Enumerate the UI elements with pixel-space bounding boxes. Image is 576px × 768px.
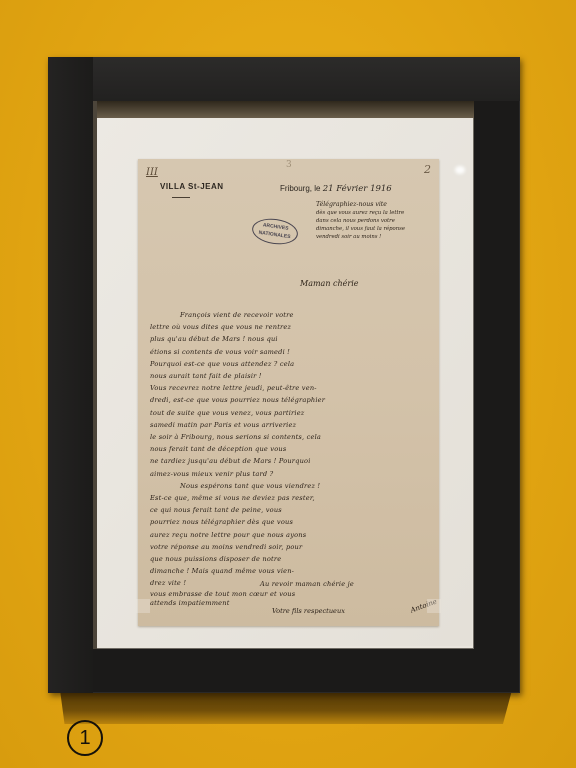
body-line: vous embrasse de tout mon cœur et vous (150, 590, 434, 599)
page-number: 2 (424, 163, 431, 176)
picture-frame: III 3 2 VILLA St-JEAN Fribourg, le 21 Fé… (48, 57, 520, 693)
frame-left-rail (48, 57, 93, 693)
hinge-tape (136, 599, 150, 613)
body-line: ne tardiez jusqu'au début de Mars ! Pour… (150, 455, 434, 467)
margin-note-line: dimanche, il vous faut la réponse (316, 225, 436, 233)
margin-note-line: dès que vous aurez reçu la lettre (316, 209, 436, 217)
letter-body: François vient de recevoir votre lettre … (150, 309, 434, 608)
body-line: lettre où vous dites que vous ne rentrez (150, 321, 434, 333)
dateline-printed: Fribourg, le (280, 184, 320, 193)
body-line: pourriez nous télégraphier dès que vous (150, 516, 434, 528)
body-line: le soir à Fribourg, nous serions si cont… (150, 431, 434, 443)
margin-note-line: dans cela nous perdons votre (316, 217, 436, 225)
glass-glare (455, 166, 465, 174)
hinge-tape (427, 599, 441, 613)
body-line: Au revoir maman chérie je (150, 578, 434, 590)
body-line: plus qu'au début de Mars ! nous qui (150, 333, 434, 345)
body-line: aimez-vous mieux venir plus tard ? (150, 468, 434, 480)
body-line: aurez reçu notre lettre pour que nous ay… (150, 529, 434, 541)
salutation: Maman chérie (300, 279, 359, 288)
inner-shadow (93, 101, 474, 118)
exhibit-number: 1 (79, 727, 90, 750)
margin-note-line: vendredi soir au moins ! (316, 233, 436, 241)
letterhead: VILLA St-JEAN (160, 182, 224, 191)
body-line: nous ferait tant de déception que vous (150, 443, 434, 455)
mat-board: III 3 2 VILLA St-JEAN Fribourg, le 21 Fé… (97, 118, 472, 646)
body-line: votre réponse au moins vendredi soir, po… (150, 541, 434, 553)
frame-opening: III 3 2 VILLA St-JEAN Fribourg, le 21 Fé… (93, 101, 474, 649)
body-line: Est-ce que, même si vous ne deviez pas r… (150, 492, 434, 504)
letterhead-rule (172, 197, 190, 198)
body-line: Vous recevrez notre lettre jeudi, peut-ê… (150, 382, 434, 394)
exhibit-number-label: 1 (67, 720, 103, 756)
body-line: Pourquoi est-ce que vous attendez ? cela (150, 358, 434, 370)
folio-mark: 3 (286, 160, 292, 170)
archives-nationales-stamp: ARCHIVES NATIONALES (250, 216, 299, 247)
dateline: Fribourg, le 21 Février 1916 (280, 184, 392, 194)
archive-mark: III (146, 167, 158, 178)
body-line: étions si contents de vous voir samedi ! (150, 346, 434, 358)
frame-top-rail (48, 57, 520, 101)
letter-document: III 3 2 VILLA St-JEAN Fribourg, le 21 Fé… (138, 159, 439, 626)
body-line: nous aurait tant fait de plaisir ! (150, 370, 434, 382)
closing: Votre fils respectueux (272, 607, 345, 615)
body-line: François vient de recevoir votre (150, 309, 434, 321)
margin-note: Télégraphiez-nous vite dès que vous aure… (316, 201, 436, 241)
dateline-handwritten: 21 Février 1916 (323, 184, 392, 194)
body-line: tout de suite que vous venez, vous parti… (150, 407, 434, 419)
body-line: que nous puissions disposer de notre (150, 553, 434, 565)
body-line: dredi, est-ce que vous pourriez nous tél… (150, 394, 434, 406)
margin-note-line: Télégraphiez-nous vite (316, 201, 436, 209)
frame-wall-shadow (60, 690, 512, 724)
body-line: ce qui nous ferait tant de peine, vous (150, 504, 434, 516)
body-line: Nous espérons tant que vous viendrez ! (150, 480, 434, 492)
body-line: samedi matin par Paris et vous arriverie… (150, 419, 434, 431)
body-line: dimanche ! Mais quand même vous vien- (150, 565, 434, 577)
